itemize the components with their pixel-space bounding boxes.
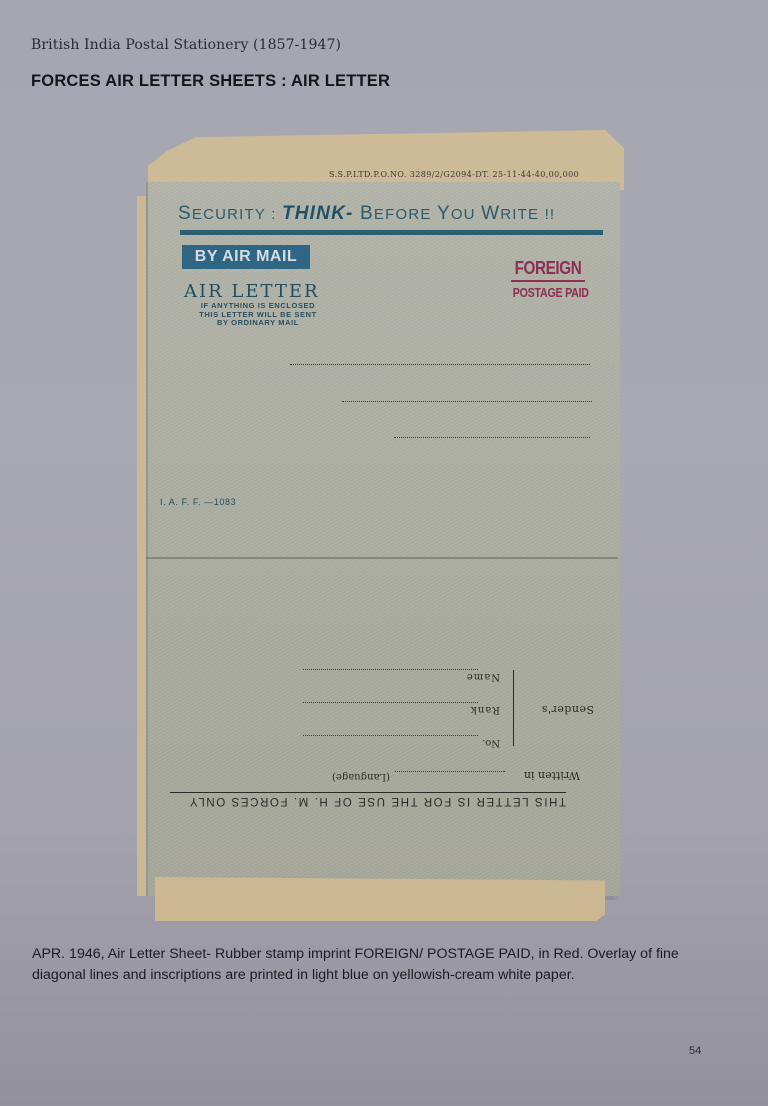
slogan-text: OU: [451, 206, 481, 223]
security-slogan: SECURITY : THINK- BEFORE YOU WRITE !!: [178, 203, 555, 225]
bottom-flap: [155, 877, 605, 921]
enclosure-note-line: BY ORDINARY MAIL: [178, 319, 338, 328]
address-line-2: [342, 401, 592, 402]
stamp-rule: [511, 280, 585, 282]
senders-label: Sender's: [541, 703, 594, 716]
top-flap: [148, 130, 624, 190]
written-in-line: [395, 771, 505, 772]
slogan-text: ECURITY :: [192, 206, 282, 223]
sender-name-label: Name: [466, 671, 500, 682]
address-line-3: [394, 437, 590, 438]
foreign-postage-paid-stamp: FOREIGN POSTAGE PAID: [505, 258, 591, 300]
slogan-underline: [180, 230, 603, 235]
sender-no-line: [303, 735, 478, 736]
sender-rank-label: Rank: [470, 704, 500, 715]
sender-bracket: [507, 670, 514, 746]
form-code: I. A. F. F. —1083: [160, 497, 236, 507]
slogan-text: EFORE: [374, 206, 437, 223]
by-air-mail-label: BY AIR MAIL: [182, 245, 310, 269]
stamp-line-foreign: FOREIGN: [511, 258, 584, 279]
inverted-sender-block: Written in (Language) Sender's No. Rank …: [300, 658, 600, 788]
printer-imprint: S.S.P.LTD.P.O.NO. 3289/2/G2094-DT. 25-11…: [329, 170, 579, 179]
stamp-line-postage-paid: POSTAGE PAID: [513, 285, 584, 300]
sender-rank-line: [303, 702, 478, 703]
slogan-text: W: [481, 203, 500, 224]
slogan-text: RITE !!: [500, 206, 555, 223]
page-title: FORCES AIR LETTER SHEETS : AIR LETTER: [31, 72, 390, 91]
forces-only-notice: THIS LETTER IS FOR THE USE OF H. M. FORC…: [170, 792, 566, 807]
slogan-text: B: [354, 203, 374, 224]
slogan-text: Y: [437, 203, 451, 224]
language-label: (Language): [332, 771, 390, 782]
sender-no-label: No.: [482, 737, 500, 748]
page-number: 54: [689, 1045, 701, 1057]
description-caption: APR. 1946, Air Letter Sheet- Rubber stam…: [32, 944, 692, 986]
air-letter-heading: AIR LETTER: [184, 281, 320, 302]
enclosure-note: IF ANYTHING IS ENCLOSED THIS LETTER WILL…: [178, 302, 338, 328]
fold-line: [146, 557, 618, 559]
slogan-think: THINK-: [282, 203, 354, 224]
slogan-text: S: [178, 203, 192, 224]
address-line-1: [290, 364, 590, 365]
written-in-label: Written in: [524, 769, 580, 782]
sender-name-line: [303, 669, 478, 670]
page-subtitle: British India Postal Stationery (1857-19…: [31, 37, 341, 53]
